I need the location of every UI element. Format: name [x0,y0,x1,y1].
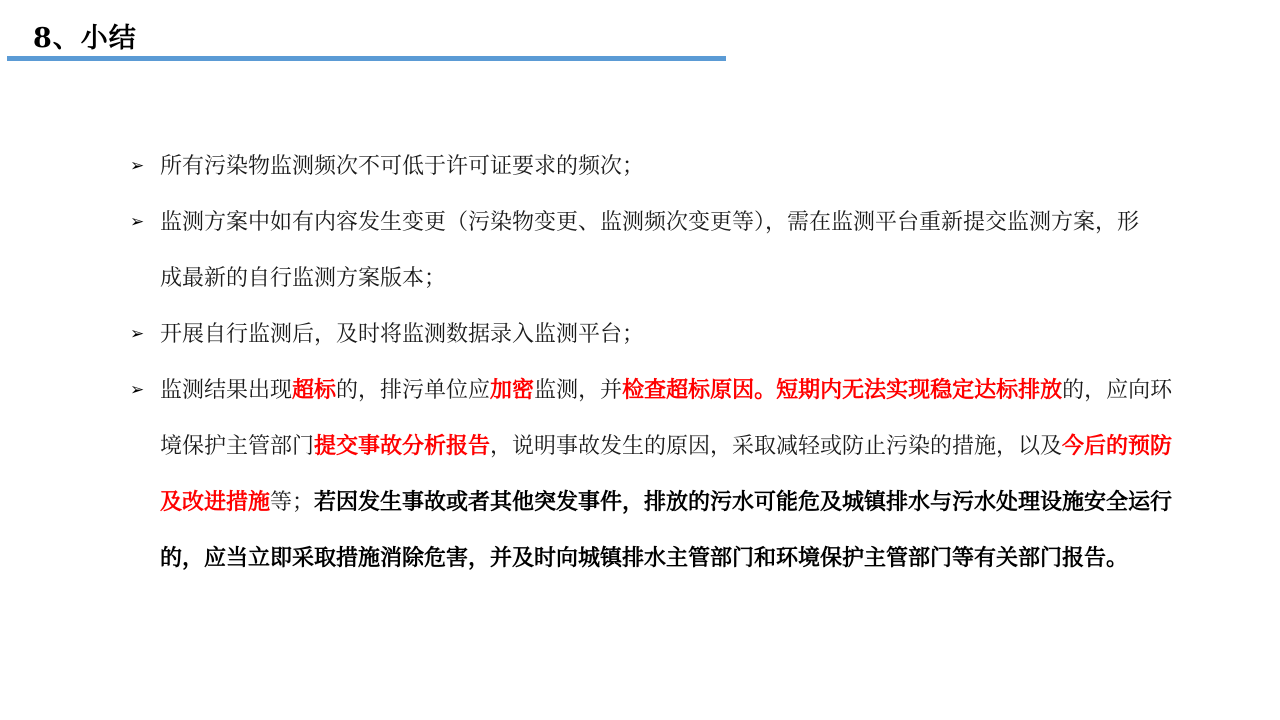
slide: 8、小结 ➢所有污染物监测频次不可低于许可证要求的频次；➢监测方案中如有内容发生… [0,0,1280,720]
text-segment: 开展自行监测后，及时将监测数据录入监测平台； [160,321,644,346]
text-segment: 监测，并 [534,377,622,402]
title-underline [7,56,726,61]
text-segment: 的，应当立即采取措施消除危害，并及时向城镇排水主管部门和环境保护主管部门等有关部… [160,545,1128,570]
text-segment: 提交事故分析报告 [314,433,490,458]
bullet-arrow-icon: ➢ [130,138,144,194]
text-segment: 若因发生事故或者其他突发事件，排放的污水可能危及城镇排水与污水处理设施安全运行 [314,489,1172,514]
text-segment: 成最新的自行监测方案版本； [160,265,446,290]
bullet-item-3: ➢开展自行监测后，及时将监测数据录入监测平台； [130,306,1165,362]
text-segment: 今后的预防 [1062,433,1172,458]
bullet-line: 及改进措施等；若因发生事故或者其他突发事件，排放的污水可能危及城镇排水与污水处理… [160,474,1165,530]
bullet-line: 成最新的自行监测方案版本； [160,250,1165,306]
bullet-list: ➢所有污染物监测频次不可低于许可证要求的频次；➢监测方案中如有内容发生变更（污染… [130,138,1165,586]
text-segment: 等； [270,489,314,514]
text-segment: 的，应向环 [1062,377,1172,402]
text-segment: 的，排污单位应 [336,377,490,402]
text-segment: 境保护主管部门 [160,433,314,458]
text-segment: 所有污染物监测频次不可低于许可证要求的频次； [160,153,644,178]
text-segment: 监测结果出现 [160,377,292,402]
page-title: 8、小结 [33,16,137,55]
bullet-arrow-icon: ➢ [130,306,144,362]
bullet-item-1: ➢所有污染物监测频次不可低于许可证要求的频次； [130,138,1165,194]
text-segment: 加密 [490,377,534,402]
bullet-line: 开展自行监测后，及时将监测数据录入监测平台； [160,306,1165,362]
bullet-line: 监测方案中如有内容发生变更（污染物变更、监测频次变更等），需在监测平台重新提交监… [160,194,1165,250]
text-segment: ，说明事故发生的原因，采取减轻或防止污染的措施，以及 [490,433,1062,458]
text-segment: 检查超标原因。短期内无法实现稳定达标排放 [622,377,1062,402]
text-segment: 及改进措施 [160,489,270,514]
bullet-line: 监测结果出现超标的，排污单位应加密监测，并检查超标原因。短期内无法实现稳定达标排… [160,362,1165,418]
bullet-item-2: ➢监测方案中如有内容发生变更（污染物变更、监测频次变更等），需在监测平台重新提交… [130,194,1165,306]
text-segment: 超标 [292,377,336,402]
bullet-line: 的，应当立即采取措施消除危害，并及时向城镇排水主管部门和环境保护主管部门等有关部… [160,530,1165,586]
text-segment: 监测方案中如有内容发生变更（污染物变更、监测频次变更等），需在监测平台重新提交监… [160,209,1139,234]
bullet-arrow-icon: ➢ [130,362,144,418]
bullet-line: 境保护主管部门提交事故分析报告，说明事故发生的原因，采取减轻或防止污染的措施，以… [160,418,1165,474]
bullet-line: 所有污染物监测频次不可低于许可证要求的频次； [160,138,1165,194]
bullet-item-4: ➢监测结果出现超标的，排污单位应加密监测，并检查超标原因。短期内无法实现稳定达标… [130,362,1165,586]
bullet-arrow-icon: ➢ [130,194,144,250]
